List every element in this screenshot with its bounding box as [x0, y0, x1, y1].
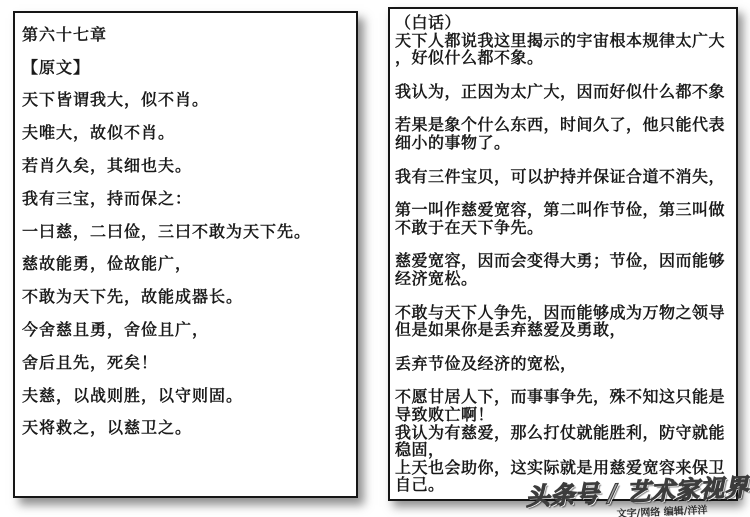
- vernacular-panel: （白话）天下人都说我这里揭示的宇宙根本规律太广大，好似什么都不象。我认为，正因为…: [388, 7, 738, 501]
- original-lines: 第六十七章【原文】天下皆谓我大，似不肖。夫唯大，故似不肖。若肖久矣，其细也夫。我…: [22, 17, 352, 443]
- vernacular-paragraph: 不敢与天下人争先，因而能够成为万物之领导但是如果你是丢弃慈爱及勇敢，: [395, 304, 734, 339]
- original-text-line: 舍后且先，死矣！: [22, 345, 352, 378]
- vernacular-text-line: 我认为有慈爱，那么打仗就能胜利，防守就能: [395, 424, 734, 442]
- vernacular-text-line: 导致败亡啊！: [395, 406, 734, 424]
- original-text-panel: 第六十七章【原文】天下皆谓我大，似不肖。夫唯大，故似不肖。若肖久矣，其细也夫。我…: [13, 11, 358, 498]
- vernacular-text-line: 我认为，正因为太广大，因而好似什么都不象: [395, 83, 734, 101]
- vernacular-text-line: 丢弃节俭及经济的宽松，: [395, 355, 734, 373]
- watermark: 头条号 / 艺术家视界 文字/网络 编辑/洋洋: [525, 467, 750, 517]
- vernacular-paragraphs: （白话）天下人都说我这里揭示的宇宙根本规律太广大，好似什么都不象。我认为，正因为…: [395, 14, 734, 494]
- original-text-line: 若肖久矣，其细也夫。: [22, 148, 352, 181]
- vernacular-text-line: 不愿甘居人下，而事事争先，殊不知这只能是: [395, 388, 734, 406]
- original-text-line: 天下皆谓我大，似不肖。: [22, 83, 352, 116]
- vernacular-text-line: ，好似什么都不象。: [395, 49, 734, 67]
- vernacular-text-line: 稳固，: [395, 441, 734, 459]
- original-text-line: 【原文】: [22, 50, 352, 83]
- original-text-line: 慈故能勇，俭故能广，: [22, 247, 352, 280]
- original-text-line: 第六十七章: [22, 17, 352, 50]
- vernacular-paragraph: 慈爱宽容，因而会变得大勇；节俭，因而能够经济宽松。: [395, 252, 734, 287]
- vernacular-text-line: 天下人都说我这里揭示的宇宙根本规律太广大: [395, 32, 734, 50]
- vernacular-paragraph: 第一叫作慈爱宽容，第二叫作节俭，第三叫做不敢于在天下争先。: [395, 201, 734, 236]
- vernacular-text-line: 若果是象个什么东西，时间久了，他只能代表: [395, 116, 734, 134]
- vernacular-text-line: 第一叫作慈爱宽容，第二叫作节俭，第三叫做: [395, 201, 734, 219]
- original-text-line: 我有三宝，持而保之：: [22, 181, 352, 214]
- page: 第六十七章【原文】天下皆谓我大，似不肖。夫唯大，故似不肖。若肖久矣，其细也夫。我…: [0, 0, 750, 517]
- original-text-line: 夫慈，以战则胜，以守则固。: [22, 378, 352, 411]
- vernacular-text-line: （白话）: [395, 14, 734, 32]
- vernacular-text-line: 不敢于在天下争先。: [395, 219, 734, 237]
- vernacular-text-line: 但是如果你是丢弃慈爱及勇敢，: [395, 321, 734, 339]
- vernacular-text-line: 慈爱宽容，因而会变得大勇；节俭，因而能够: [395, 252, 734, 270]
- original-text-line: 天将救之，以慈卫之。: [22, 411, 352, 444]
- vernacular-paragraph: 我有三件宝贝，可以护持并保证合道不消失，: [395, 168, 734, 186]
- original-text-line: 不敢为天下先，故能成器长。: [22, 279, 352, 312]
- original-text-line: 今舍慈且勇，舍俭且广，: [22, 312, 352, 345]
- vernacular-text-line: 我有三件宝贝，可以护持并保证合道不消失，: [395, 168, 734, 186]
- vernacular-text-line: 不敢与天下人争先，因而能够成为万物之领导: [395, 304, 734, 322]
- vernacular-text-line: 细小的事物了。: [395, 134, 734, 152]
- original-text-line: 夫唯大，故似不肖。: [22, 115, 352, 148]
- vernacular-paragraph: 我认为，正因为太广大，因而好似什么都不象: [395, 83, 734, 101]
- vernacular-paragraph: 丢弃节俭及经济的宽松，: [395, 355, 734, 373]
- vernacular-text-line: 经济宽松。: [395, 270, 734, 288]
- original-text-line: 一曰慈，二曰俭，三曰不敢为天下先。: [22, 214, 352, 247]
- vernacular-paragraph: （白话）天下人都说我这里揭示的宇宙根本规律太广大，好似什么都不象。: [395, 14, 734, 67]
- vernacular-paragraph: 若果是象个什么东西，时间久了，他只能代表细小的事物了。: [395, 116, 734, 151]
